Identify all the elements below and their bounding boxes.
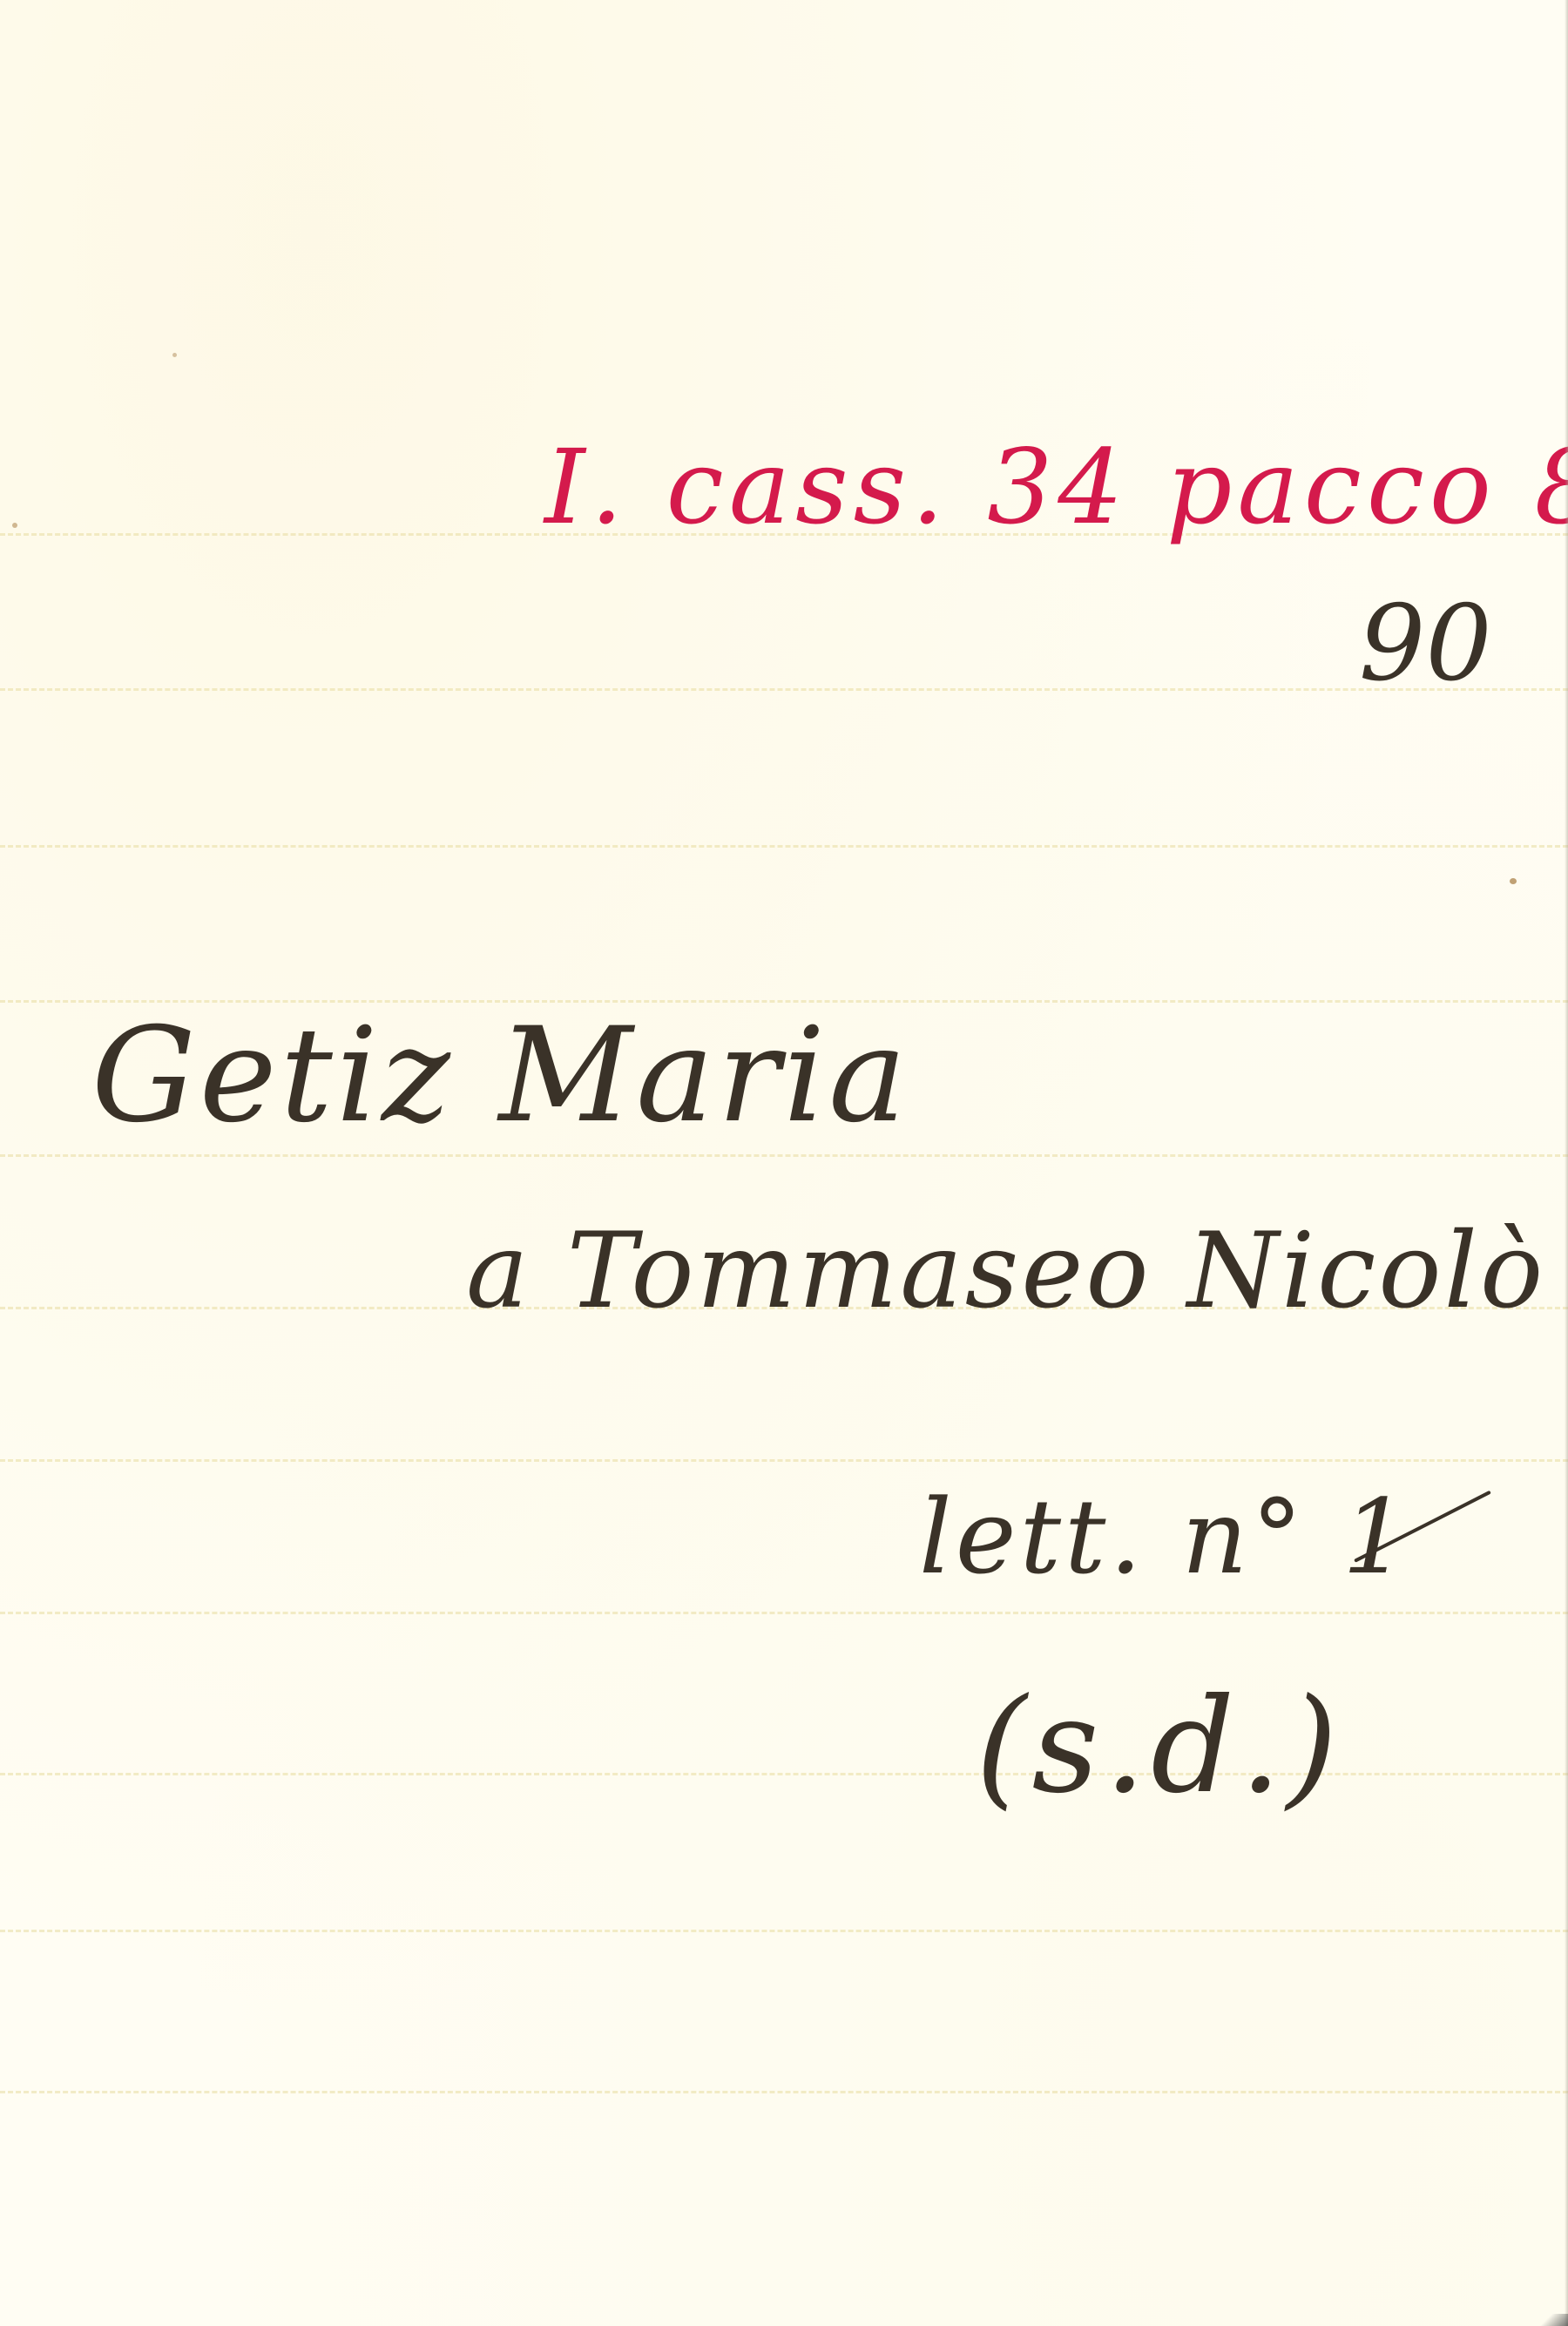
card-edge	[1565, 0, 1568, 2326]
ruled-line	[0, 1930, 1568, 1932]
archive-index-card: I. cass. 34 pacco 85. 90 Getiz Maria a T…	[0, 0, 1568, 2326]
sender-name: Getiz Maria	[91, 1011, 910, 1141]
ruled-line	[0, 1612, 1568, 1614]
letter-number: lett. n° 1	[919, 1485, 1411, 1588]
ruled-line	[0, 2091, 1568, 2093]
subnumber-annotation: 90	[1359, 592, 1492, 697]
ruled-line	[0, 688, 1568, 691]
shelfmark-annotation: I. cass. 34 pacco 85.	[544, 436, 1568, 538]
recipient-name: a Tommaseo Nicolò	[466, 1220, 1545, 1324]
card-corner-shadow	[1533, 2314, 1568, 2326]
paper-speck	[172, 353, 177, 357]
ruled-line	[0, 1459, 1568, 1462]
paper-speck	[1510, 878, 1517, 884]
date-note: (s.d.)	[976, 1681, 1342, 1812]
ruled-line	[0, 845, 1568, 848]
ruled-line	[0, 1154, 1568, 1157]
paper-speck	[12, 523, 17, 528]
